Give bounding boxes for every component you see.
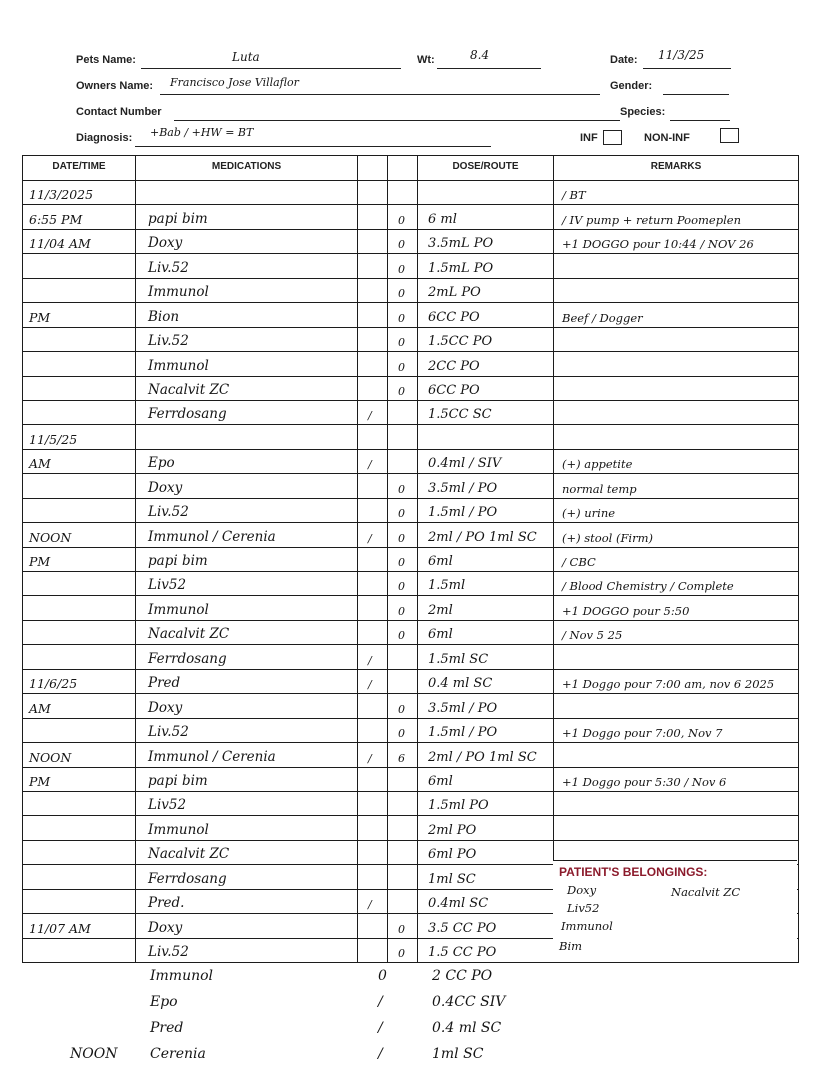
check-a-cell <box>358 572 388 595</box>
check-a-cell <box>358 841 388 864</box>
medication-cell: Liv.52 <box>136 939 358 962</box>
medication-cell: Ferrdosang <box>136 401 358 424</box>
noninf-label: NON-INF <box>644 132 690 144</box>
check-b-cell: 0 <box>388 914 418 937</box>
check-a-cell <box>358 328 388 351</box>
medication-cell-text: Ferrdosang <box>148 871 227 887</box>
date-cell: 11/5/25 <box>23 425 136 448</box>
medication-cell-text: Doxy <box>148 235 182 251</box>
check-a-cell <box>358 914 388 937</box>
date-label: Date: <box>610 54 638 66</box>
medication-cell: Immunol <box>136 352 358 375</box>
belonging-item: Nacalvit ZC <box>671 885 740 899</box>
diagnosis-value: +Bab / +HW = BT <box>150 126 253 139</box>
check-a-cell: / <box>358 645 388 668</box>
medication-cell: Liv.52 <box>136 499 358 522</box>
owners-name-line <box>160 94 600 95</box>
check-b-cell: 0 <box>388 352 418 375</box>
dose-cell-text: 1.5ml <box>428 578 465 593</box>
check-b-cell <box>388 645 418 668</box>
medication-cell-text: papi bim <box>148 773 208 789</box>
table-row: Immunol2ml PO <box>23 816 798 840</box>
date-cell-text: PM <box>29 554 50 569</box>
date-cell-text: AM <box>29 456 51 471</box>
medication-cell: Immunol / Cerenia <box>136 523 358 546</box>
remark-cell: / CBC <box>554 548 798 571</box>
dose-cell-text: 6ml <box>428 627 453 642</box>
remark-cell <box>554 792 798 815</box>
dose-cell: 6 ml <box>418 205 554 228</box>
table-row: NOONImmunol / Cerenia/62ml / PO 1ml SC <box>23 743 798 767</box>
check-b-cell: 0 <box>388 621 418 644</box>
date-cell <box>23 596 136 619</box>
col-remarks: REMARKS <box>554 156 798 180</box>
dose-cell-text: 1.5CC PO <box>428 334 492 349</box>
dose-cell-text: 0.4 ml SC <box>428 676 492 691</box>
remark-cell-text: (+) urine <box>562 506 615 520</box>
dose-cell: 0.4 ml SC <box>418 670 554 693</box>
table-row: AMEpo/0.4ml / SIV(+) appetite <box>23 450 798 474</box>
check-b-cell: 0 <box>388 230 418 253</box>
check-b-cell: 0 <box>388 523 418 546</box>
check-a-cell <box>358 596 388 619</box>
medication-cell: Pred <box>136 670 358 693</box>
check-b-cell <box>388 865 418 888</box>
check-b-cell: 0 <box>388 254 418 277</box>
date-cell <box>23 865 136 888</box>
medication-cell: Pred. <box>136 890 358 913</box>
species-label: Species: <box>620 106 665 118</box>
dose-cell: 3.5 CC PO <box>418 914 554 937</box>
check-b-cell <box>388 450 418 473</box>
dose-cell-text: 6 ml <box>428 212 457 227</box>
date-cell: NOON <box>23 523 136 546</box>
contact-label: Contact Number <box>76 106 162 118</box>
check-b-cell-text: 0 <box>398 703 405 716</box>
dose-cell: 1.5ml / PO <box>418 499 554 522</box>
check-a-cell <box>358 254 388 277</box>
medication-cell: papi bim <box>136 205 358 228</box>
table-row: 11/6/25Pred/0.4 ml SC+1 Doggo pour 7:00 … <box>23 670 798 694</box>
check-a-cell <box>358 230 388 253</box>
remark-cell-text: / BT <box>562 188 586 202</box>
remark-cell-text: +1 Doggo pour 7:00, Nov 7 <box>562 726 723 740</box>
check-a-cell-text: / <box>368 752 372 765</box>
dose-cell <box>418 425 554 448</box>
weight-line <box>437 68 541 69</box>
check-b-cell <box>388 401 418 424</box>
table-row: Liv5201.5ml/ Blood Chemistry / Complete <box>23 572 798 596</box>
table-row: NOONImmunol / Cerenia/02ml / PO 1ml SC(+… <box>23 523 798 547</box>
col-date-time: DATE/TIME <box>23 156 136 180</box>
date-cell-text: 11/07 AM <box>29 921 91 936</box>
contact-line <box>174 120 620 121</box>
date-cell: 6:55 PM <box>23 205 136 228</box>
noninf-checkbox[interactable] <box>720 128 739 143</box>
table-row: 11/04 AMDoxy03.5mL PO+1 DOGGO pour 10:44… <box>23 230 798 254</box>
check-b-cell <box>388 768 418 791</box>
dose-cell-text: 1.5mL PO <box>428 261 493 276</box>
check-b-cell: 0 <box>388 499 418 522</box>
check-b-cell-text: 0 <box>398 727 405 740</box>
below-medication: Cerenia <box>150 1046 206 1062</box>
belonging-item: Bim <box>559 939 582 953</box>
col-dose-route: DOSE/ROUTE <box>418 156 554 180</box>
remark-cell-text: / IV pump + return Poomeplen <box>562 213 741 227</box>
medication-cell-text: Bion <box>148 309 179 325</box>
check-a-cell <box>358 279 388 302</box>
medication-cell-text: Liv.52 <box>148 260 189 276</box>
remark-cell-text: (+) appetite <box>562 457 632 471</box>
check-b-cell <box>388 670 418 693</box>
check-b-cell-text: 0 <box>398 312 405 325</box>
date-cell <box>23 401 136 424</box>
dose-cell-text: 1.5ml / PO <box>428 725 497 740</box>
medication-cell-text: Nacalvit ZC <box>148 382 229 398</box>
dose-cell: 3.5ml / PO <box>418 694 554 717</box>
check-b-cell-text: 0 <box>398 361 405 374</box>
check-b-cell: 6 <box>388 743 418 766</box>
table-header: DATE/TIME MEDICATIONS DOSE/ROUTE REMARKS <box>23 156 798 181</box>
check-b-cell: 0 <box>388 279 418 302</box>
medication-cell: Liv.52 <box>136 719 358 742</box>
date-cell <box>23 572 136 595</box>
dose-cell-text: 6ml <box>428 774 453 789</box>
table-row: Liv.5201.5CC PO <box>23 328 798 352</box>
date-cell <box>23 939 136 962</box>
check-b-cell: 0 <box>388 474 418 497</box>
remark-cell-text: +1 DOGGO pour 5:50 <box>562 604 689 618</box>
col-check-a <box>358 156 388 180</box>
table-row: PMpapi bim6ml+1 Doggo pour 5:30 / Nov 6 <box>23 768 798 792</box>
check-a-cell: / <box>358 523 388 546</box>
medication-cell: Liv.52 <box>136 328 358 351</box>
check-b-cell-text: 0 <box>398 287 405 300</box>
dose-cell-text: 2ml PO <box>428 823 476 838</box>
date-line <box>643 68 731 69</box>
medication-cell-text: Liv52 <box>148 577 186 593</box>
check-b-cell <box>388 181 418 204</box>
check-a-cell <box>358 768 388 791</box>
check-a-cell <box>358 181 388 204</box>
below-dose: 0.4CC SIV <box>432 994 505 1010</box>
date-cell <box>23 621 136 644</box>
date-cell: PM <box>23 303 136 326</box>
diagnosis-line <box>135 146 491 147</box>
below-medication: Epo <box>150 994 178 1010</box>
check-a-cell <box>358 792 388 815</box>
medication-cell-text: Liv.52 <box>148 944 189 960</box>
date-cell <box>23 890 136 913</box>
dose-cell: 6ml PO <box>418 841 554 864</box>
check-a-cell: / <box>358 890 388 913</box>
owners-name-value: Francisco Jose Villaflor <box>170 76 299 89</box>
date-cell: PM <box>23 548 136 571</box>
table-row: Ferrdosang/1.5CC SC <box>23 401 798 425</box>
date-cell-text: 11/6/25 <box>29 676 77 691</box>
dose-cell: 1.5mL PO <box>418 254 554 277</box>
dose-cell-text: 1.5CC SC <box>428 407 492 422</box>
dose-cell: 2ml / PO 1ml SC <box>418 523 554 546</box>
diagnosis-label: Diagnosis: <box>76 132 132 144</box>
dose-cell-text: 3.5ml / PO <box>428 701 497 716</box>
medication-cell-text: Ferrdosang <box>148 406 227 422</box>
check-a-cell <box>358 621 388 644</box>
date-value: 11/3/25 <box>658 48 704 62</box>
dose-cell: 2ml / PO 1ml SC <box>418 743 554 766</box>
dose-cell: 6ml <box>418 768 554 791</box>
table-row: Immunol02CC PO <box>23 352 798 376</box>
date-cell <box>23 279 136 302</box>
weight-value: 8.4 <box>470 48 489 62</box>
dose-cell-text: 6ml <box>428 554 453 569</box>
date-cell <box>23 352 136 375</box>
table-row: 11/5/25 <box>23 425 798 449</box>
dose-cell: 1ml SC <box>418 865 554 888</box>
date-cell-text: NOON <box>29 750 71 765</box>
check-b-cell-text: 0 <box>398 605 405 618</box>
check-b-cell-text: 6 <box>398 752 405 765</box>
remark-cell: +1 Doggo pour 7:00, Nov 7 <box>554 719 798 742</box>
date-cell-text: 11/5/25 <box>29 432 77 447</box>
medication-cell-text: Nacalvit ZC <box>148 846 229 862</box>
medication-cell-text: Immunol <box>148 602 209 618</box>
dose-cell-text: 6ml PO <box>428 847 476 862</box>
col-check-b <box>388 156 418 180</box>
check-a-cell <box>358 939 388 962</box>
dose-cell: 1.5ml / PO <box>418 719 554 742</box>
check-b-cell-text: 0 <box>398 507 405 520</box>
check-b-cell: 0 <box>388 548 418 571</box>
inf-label: INF <box>580 132 598 144</box>
dose-cell: 6CC PO <box>418 377 554 400</box>
dose-cell-text: 2ml / PO 1ml SC <box>428 750 537 765</box>
remark-cell <box>554 645 798 668</box>
date-cell <box>23 328 136 351</box>
medication-cell-text: Epo <box>148 455 175 471</box>
belonging-item: Doxy <box>567 883 596 897</box>
table-row: Immunol02ml+1 DOGGO pour 5:50 <box>23 596 798 620</box>
check-b-cell-text: 0 <box>398 923 405 936</box>
check-b-cell-text: 0 <box>398 336 405 349</box>
date-cell <box>23 719 136 742</box>
check-a-cell: / <box>358 670 388 693</box>
medication-cell <box>136 425 358 448</box>
medication-cell: Immunol <box>136 596 358 619</box>
table-row: Liv.5201.5ml / PO+1 Doggo pour 7:00, Nov… <box>23 719 798 743</box>
below-mark: / <box>378 1020 383 1036</box>
remark-cell <box>554 352 798 375</box>
date-cell <box>23 792 136 815</box>
remark-cell: / Blood Chemistry / Complete <box>554 572 798 595</box>
dose-cell: 2ml <box>418 596 554 619</box>
date-cell-text: AM <box>29 701 51 716</box>
date-cell <box>23 377 136 400</box>
table-row: Liv.5201.5mL PO <box>23 254 798 278</box>
dose-cell-text: 6CC PO <box>428 383 480 398</box>
check-b-cell: 0 <box>388 596 418 619</box>
below-mark: 0 <box>378 968 387 984</box>
remark-cell: / IV pump + return Poomeplen <box>554 205 798 228</box>
dose-cell: 2mL PO <box>418 279 554 302</box>
medication-cell: Nacalvit ZC <box>136 377 358 400</box>
dose-cell: 6ml <box>418 548 554 571</box>
remark-cell-text: / Blood Chemistry / Complete <box>562 579 734 593</box>
check-b-cell-text: 0 <box>398 532 405 545</box>
table-row: 11/3/2025/ BT <box>23 181 798 205</box>
dose-cell: 1.5ml PO <box>418 792 554 815</box>
owners-name-label: Owners Name: <box>76 80 153 92</box>
remark-cell-text: +1 DOGGO pour 10:44 / NOV 26 <box>562 237 754 251</box>
remark-cell-text: (+) stool (Firm) <box>562 531 653 545</box>
dose-cell-text: 6CC PO <box>428 310 480 325</box>
check-b-cell: 0 <box>388 719 418 742</box>
patient-belongings: PATIENT'S BELONGINGS: Doxy Liv52 Immunol… <box>553 860 797 963</box>
dose-cell: 1.5 CC PO <box>418 939 554 962</box>
medication-cell: Doxy <box>136 474 358 497</box>
date-cell-text: 6:55 PM <box>29 212 82 227</box>
check-a-cell-text: / <box>368 409 372 422</box>
medication-cell-text: Nacalvit ZC <box>148 626 229 642</box>
remark-cell: +1 DOGGO pour 10:44 / NOV 26 <box>554 230 798 253</box>
check-b-cell: 0 <box>388 303 418 326</box>
check-a-cell <box>358 303 388 326</box>
pets-name-line <box>141 68 401 69</box>
check-a-cell: / <box>358 743 388 766</box>
check-a-cell-text: / <box>368 898 372 911</box>
below-dose: 1ml SC <box>432 1046 483 1062</box>
medication-cell: Liv.52 <box>136 254 358 277</box>
check-a-cell <box>358 499 388 522</box>
check-b-cell-text: 0 <box>398 483 405 496</box>
date-cell: PM <box>23 768 136 791</box>
check-a-cell <box>358 377 388 400</box>
remark-cell <box>554 694 798 717</box>
remark-cell: +1 Doggo pour 7:00 am, nov 6 2025 <box>554 670 798 693</box>
dose-cell-text: 0.4ml / SIV <box>428 456 501 471</box>
medication-cell-text: Doxy <box>148 920 182 936</box>
table-row: Liv.5201.5ml / PO(+) urine <box>23 499 798 523</box>
check-a-cell: / <box>358 450 388 473</box>
check-a-cell <box>358 548 388 571</box>
dose-cell: 1.5ml SC <box>418 645 554 668</box>
medication-cell-text: Immunol / Cerenia <box>148 529 276 545</box>
date-cell: 11/3/2025 <box>23 181 136 204</box>
remark-cell <box>554 377 798 400</box>
dose-cell: 1.5CC SC <box>418 401 554 424</box>
check-b-cell <box>388 816 418 839</box>
remark-cell: +1 Doggo pour 5:30 / Nov 6 <box>554 768 798 791</box>
date-cell-text: PM <box>29 310 50 325</box>
medication-cell: Immunol / Cerenia <box>136 743 358 766</box>
table-row: Nacalvit ZC06ml/ Nov 5 25 <box>23 621 798 645</box>
table-row: Liv521.5ml PO <box>23 792 798 816</box>
medication-cell-text: papi bim <box>148 553 208 569</box>
check-b-cell-text: 0 <box>398 580 405 593</box>
remark-cell-text: / Nov 5 25 <box>562 628 622 642</box>
medication-cell-text: Liv.52 <box>148 504 189 520</box>
medication-cell: Immunol <box>136 816 358 839</box>
species-line <box>670 120 730 121</box>
medication-cell: papi bim <box>136 548 358 571</box>
remark-cell-text: / CBC <box>562 555 596 569</box>
date-cell-text: 11/04 AM <box>29 236 91 251</box>
medication-cell-text: Doxy <box>148 700 182 716</box>
dose-cell: 0.4ml / SIV <box>418 450 554 473</box>
check-a-cell <box>358 425 388 448</box>
dose-cell: 6CC PO <box>418 303 554 326</box>
date-cell: NOON <box>23 743 136 766</box>
remark-cell: (+) urine <box>554 499 798 522</box>
remark-cell-text: normal temp <box>562 482 637 496</box>
dose-cell-text: 1.5ml SC <box>428 652 488 667</box>
dose-cell-text: 3.5ml / PO <box>428 481 497 496</box>
date-cell <box>23 645 136 668</box>
check-b-cell-text: 0 <box>398 385 405 398</box>
remark-cell: Beef / Dogger <box>554 303 798 326</box>
check-b-cell: 0 <box>388 377 418 400</box>
check-b-cell <box>388 425 418 448</box>
check-a-cell-text: / <box>368 654 372 667</box>
belonging-item: Liv52 <box>567 901 599 915</box>
remark-cell <box>554 328 798 351</box>
dose-cell-text: 1.5ml / PO <box>428 505 497 520</box>
dose-cell: 1.5ml <box>418 572 554 595</box>
dose-cell-text: 1.5ml PO <box>428 798 489 813</box>
remark-cell: normal temp <box>554 474 798 497</box>
date-cell <box>23 254 136 277</box>
date-cell-text: NOON <box>29 530 71 545</box>
remark-cell <box>554 401 798 424</box>
check-b-cell <box>388 890 418 913</box>
check-a-cell <box>358 816 388 839</box>
check-b-cell: 0 <box>388 694 418 717</box>
check-a-cell-text: / <box>368 532 372 545</box>
date-cell: 11/6/25 <box>23 670 136 693</box>
medication-cell-text: Immunol <box>148 822 209 838</box>
table-row: Immunol02mL PO <box>23 279 798 303</box>
table-row: PMBion06CC POBeef / Dogger <box>23 303 798 327</box>
check-a-cell: / <box>358 401 388 424</box>
remark-cell: / BT <box>554 181 798 204</box>
medication-cell: Doxy <box>136 694 358 717</box>
gender-line <box>663 94 729 95</box>
dose-cell: 1.5CC PO <box>418 328 554 351</box>
medication-cell-text: Immunol <box>148 284 209 300</box>
check-b-cell-text: 0 <box>398 238 405 251</box>
dose-cell-text: 2mL PO <box>428 285 481 300</box>
remark-cell <box>554 279 798 302</box>
remark-cell <box>554 254 798 277</box>
medication-cell: Liv52 <box>136 792 358 815</box>
date-cell: 11/07 AM <box>23 914 136 937</box>
below-mark: / <box>378 1046 383 1062</box>
check-b-cell: 0 <box>388 205 418 228</box>
check-b-cell-text: 0 <box>398 556 405 569</box>
remark-cell: / Nov 5 25 <box>554 621 798 644</box>
remark-cell <box>554 816 798 839</box>
check-b-cell-text: 0 <box>398 629 405 642</box>
inf-checkbox[interactable] <box>603 130 622 145</box>
medication-cell-text: Pred. <box>148 895 184 911</box>
medication-cell: Bion <box>136 303 358 326</box>
date-cell <box>23 841 136 864</box>
medication-cell: Nacalvit ZC <box>136 621 358 644</box>
remark-cell: (+) stool (Firm) <box>554 523 798 546</box>
remark-cell: +1 DOGGO pour 5:50 <box>554 596 798 619</box>
medication-cell-text: Doxy <box>148 480 182 496</box>
below-dose: 0.4 ml SC <box>432 1020 501 1036</box>
